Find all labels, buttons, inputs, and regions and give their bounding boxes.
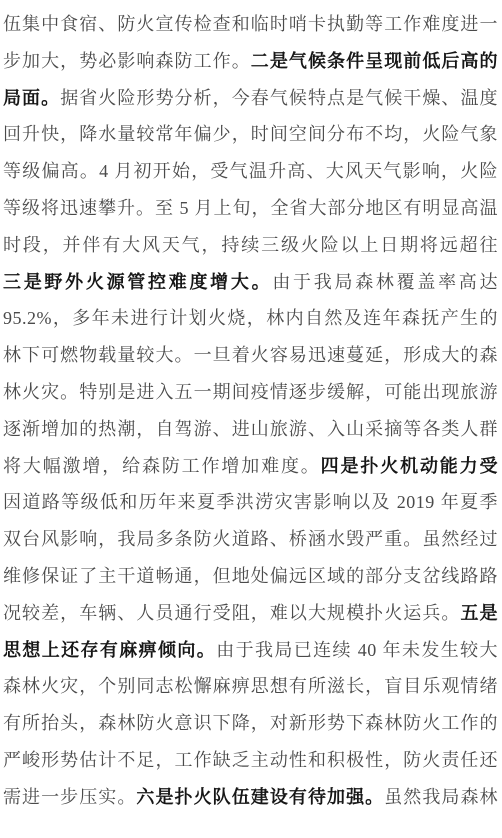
text-segment: 严峻形势估计不足，工作缺乏主动性和积极性，防火责任还 [3, 750, 498, 770]
text-line: 有所抬头，森林防火意识下降，对新形势下森林防火工作的 [3, 705, 498, 742]
bold-heading-segment: 二是气候条件呈现前低后高的 [251, 51, 498, 71]
bold-heading-segment: 五是 [460, 603, 498, 623]
text-segment: 等级偏高。4 月初开始，受气温升高、大风天气影响，火险 [3, 161, 498, 181]
text-line: 况较差，车辆、人员通行受阻，难以大规模扑火运兵。五是 [3, 595, 498, 632]
text-segment: 维修保证了主干道畅通，但地处偏远区域的部分支岔线路路 [3, 566, 498, 586]
text-line: 思想上还存有麻痹倾向。由于我局已连续 40 年未发生较大 [3, 632, 498, 669]
document-page: 伍集中食宿、防火宣传检查和临时哨卡执勤等工作难度进一步加大，势必影响森防工作。二… [0, 0, 502, 838]
text-segment: 林下可燃物载量较大。一旦着火容易迅速蔓延，形成大的森 [3, 345, 498, 365]
text-line: 逐渐增加的热潮，自驾游、进山旅游、入山采摘等各类人群 [3, 411, 498, 448]
text-line: 因道路等级低和历年来夏季洪涝灾害影响以及 2019 年夏季 [3, 484, 498, 521]
bold-heading-segment: 思想上还存有麻痹倾向。 [3, 640, 216, 660]
text-segment: 据省火险形势分析，今春气候特点是气候干燥、温度 [60, 88, 498, 108]
text-line: 林火灾。特别是进入五一期间疫情逐步缓解，可能出现旅游 [3, 374, 498, 411]
text-segment: 回升快，降水量较常年偏少，时间空间分布不均，火险气象 [3, 124, 498, 144]
text-line: 局面。据省火险形势分析，今春气候特点是气候干燥、温度 [3, 80, 498, 117]
text-line: 95.2%，多年未进行计划火烧，林内自然及连年森抚产生的 [3, 300, 498, 337]
text-line: 三是野外火源管控难度增大。由于我局森林覆盖率高达 [3, 264, 498, 301]
text-segment: 况较差，车辆、人员通行受阻，难以大规模扑火运兵。 [3, 603, 460, 623]
document-lines: 伍集中食宿、防火宣传检查和临时哨卡执勤等工作难度进一步加大，势必影响森防工作。二… [0, 0, 502, 816]
text-line: 需进一步压实。六是扑火队伍建设有待加强。虽然我局森林 [3, 779, 498, 816]
text-segment: 有所抬头，森林防火意识下降，对新形势下森林防火工作的 [3, 713, 498, 733]
text-line: 严峻形势估计不足，工作缺乏主动性和积极性，防火责任还 [3, 742, 498, 779]
text-line: 等级将迅速攀升。至 5 月上旬，全省大部分地区有明显高温 [3, 190, 498, 227]
text-segment: 95.2%，多年未进行计划火烧，林内自然及连年森抚产生的 [3, 308, 498, 328]
bold-heading-segment: 局面。 [3, 88, 60, 108]
text-segment: 因道路等级低和历年来夏季洪涝灾害影响以及 2019 年夏季 [3, 492, 498, 512]
bold-heading-segment: 六是扑火队伍建设有待加强。 [136, 787, 384, 807]
text-line: 伍集中食宿、防火宣传检查和临时哨卡执勤等工作难度进一 [3, 6, 498, 43]
text-segment: 森林火灾，个别同志松懈麻痹思想有所滋长，盲目乐观情绪 [3, 676, 498, 696]
text-segment: 等级将迅速攀升。至 5 月上旬，全省大部分地区有明显高温 [3, 198, 498, 218]
text-line: 时段，并伴有大风天气，持续三级火险以上日期将远超往年。 [3, 227, 498, 264]
text-line: 森林火灾，个别同志松懈麻痹思想有所滋长，盲目乐观情绪 [3, 668, 498, 705]
text-line: 步加大，势必影响森防工作。二是气候条件呈现前低后高的 [3, 43, 498, 80]
text-segment: 由于我局已连续 40 年未发生较大 [216, 640, 498, 660]
bold-heading-segment: 三是野外火源管控难度增大。 [3, 272, 272, 292]
text-segment: 逐渐增加的热潮，自驾游、进山旅游、入山采摘等各类人群 [3, 419, 498, 439]
text-segment: 由于我局森林覆盖率高达 [272, 272, 498, 292]
text-line: 将大幅激增，给森防工作增加难度。四是扑火机动能力受限。 [3, 448, 498, 485]
text-segment: 虽然我局森林 [384, 787, 498, 807]
text-segment: 步加大，势必影响森防工作。 [3, 51, 251, 71]
text-segment: 林火灾。特别是进入五一期间疫情逐步缓解，可能出现旅游 [3, 382, 498, 402]
text-segment: 双台风影响，我局多条防火道路、桥涵水毁严重。虽然经过 [3, 529, 498, 549]
text-line: 回升快，降水量较常年偏少，时间空间分布不均，火险气象 [3, 116, 498, 153]
text-line: 等级偏高。4 月初开始，受气温升高、大风天气影响，火险 [3, 153, 498, 190]
text-line: 林下可燃物载量较大。一旦着火容易迅速蔓延，形成大的森 [3, 337, 498, 374]
text-segment: 将大幅激增，给森防工作增加难度。 [3, 456, 321, 476]
text-line: 双台风影响，我局多条防火道路、桥涵水毁严重。虽然经过 [3, 521, 498, 558]
text-segment: 时段，并伴有大风天气，持续三级火险以上日期将远超往年。 [3, 235, 498, 264]
text-segment: 需进一步压实。 [3, 787, 136, 807]
text-line: 维修保证了主干道畅通，但地处偏远区域的部分支岔线路路 [3, 558, 498, 595]
text-segment: 伍集中食宿、防火宣传检查和临时哨卡执勤等工作难度进一 [3, 14, 498, 34]
